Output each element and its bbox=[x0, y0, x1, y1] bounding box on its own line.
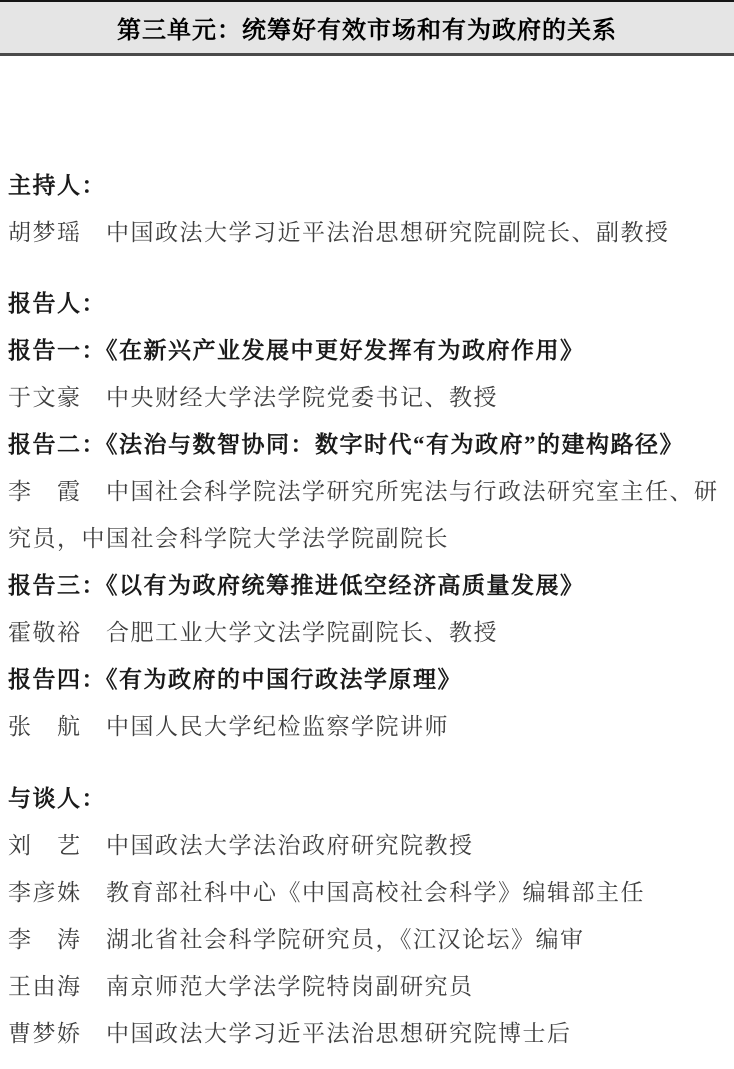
document-page: 第三单元：统筹好有效市场和有为政府的关系 主持人： 胡梦瑶 中国政法大学习近平法… bbox=[0, 0, 734, 1069]
person-entry-discussant-1: 刘 艺 中国政法大学法治政府研究院教授 bbox=[8, 822, 722, 869]
report-title-1: 报告一：《在新兴产业发展中更好发挥有为政府作用》 bbox=[8, 327, 722, 374]
section-label-speakers: 报告人： bbox=[8, 280, 722, 327]
page-title: 第三单元：统筹好有效市场和有为政府的关系 bbox=[117, 10, 617, 45]
program-content: 主持人： 胡梦瑶 中国政法大学习近平法治思想研究院副院长、副教授 报告人： 报告… bbox=[0, 162, 734, 1057]
report-title-3: 报告三：《以有为政府统筹推进低空经济高质量发展》 bbox=[8, 562, 722, 609]
person-entry-discussant-4: 王由海 南京师范大学法学院特岗副研究员 bbox=[8, 963, 722, 1010]
person-entry-host: 胡梦瑶 中国政法大学习近平法治思想研究院副院长、副教授 bbox=[8, 209, 722, 256]
person-entry-speaker-4: 张 航 中国人民大学纪检监察学院讲师 bbox=[8, 703, 722, 750]
person-entry-speaker-2: 李 霞 中国社会科学院法学研究所宪法与行政法研究室主任、研 究员，中国社会科学院… bbox=[8, 468, 722, 562]
report-title-4: 报告四：《有为政府的中国行政法学原理》 bbox=[8, 656, 722, 703]
report-title-2: 报告二：《法治与数智协同：数字时代“有为政府”的建构路径》 bbox=[8, 421, 722, 468]
person-entry-speaker-3: 霍敬裕 合肥工业大学文法学院副院长、教授 bbox=[8, 609, 722, 656]
section-label-host: 主持人： bbox=[8, 162, 722, 209]
person-entry-discussant-5: 曹梦娇 中国政法大学习近平法治思想研究院博士后 bbox=[8, 1010, 722, 1057]
section-label-discussants: 与谈人： bbox=[8, 775, 722, 822]
person-entry-speaker-1: 于文豪 中央财经大学法学院党委书记、教授 bbox=[8, 374, 722, 421]
unit-header-banner: 第三单元：统筹好有效市场和有为政府的关系 bbox=[0, 0, 734, 56]
person-entry-discussant-3: 李 涛 湖北省社会科学院研究员，《江汉论坛》编审 bbox=[8, 916, 722, 963]
person-entry-discussant-2: 李彦姝 教育部社科中心《中国高校社会科学》编辑部主任 bbox=[8, 869, 722, 916]
